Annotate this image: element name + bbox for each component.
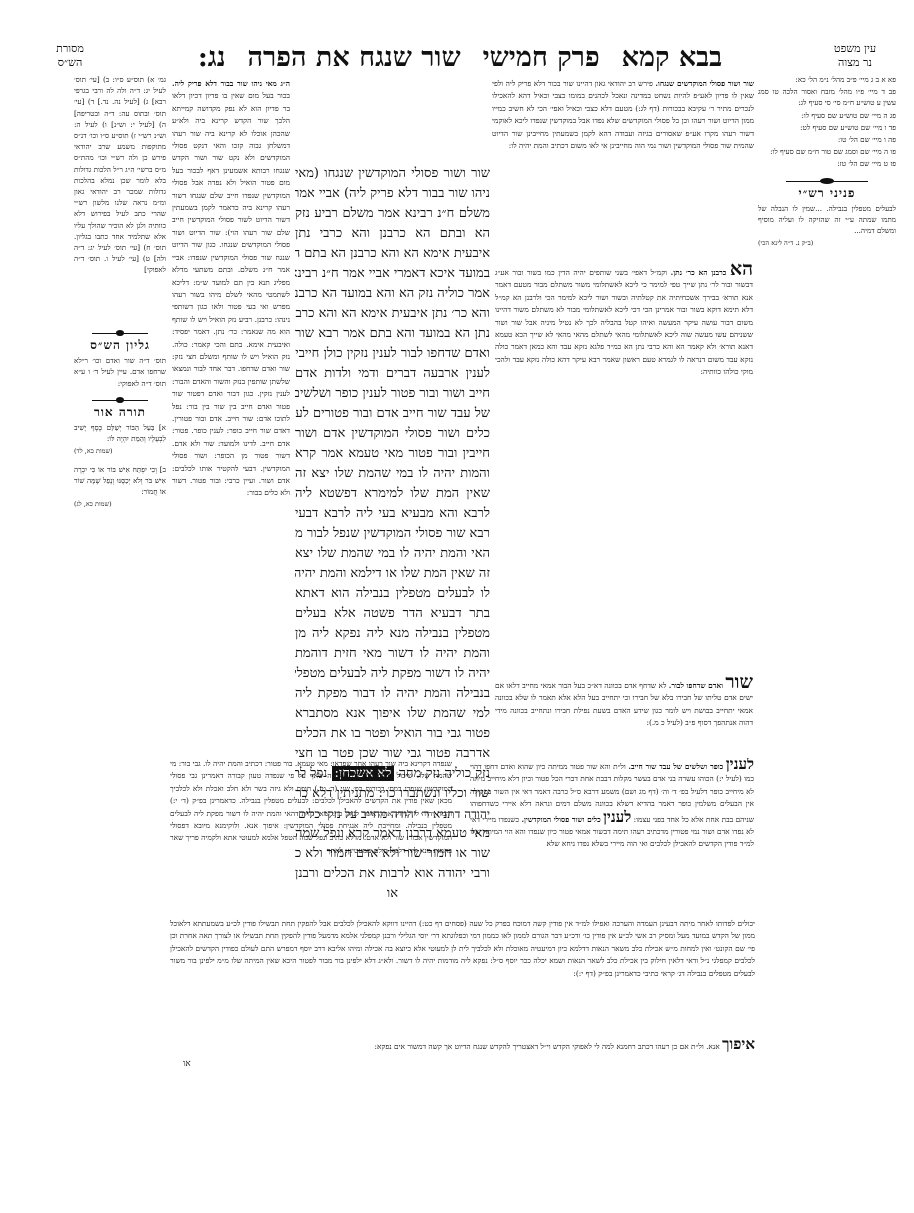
gemara-line: יהיה לו דשור מפקת ליה לבעלים מטפלין xyxy=(295,664,490,684)
ein-mishpat-entry: פה ו מיי׳ שם הל׳ טו: xyxy=(758,134,896,145)
tosafot-big-word: לענין xyxy=(603,808,631,826)
gemara-line: והמת יהיה לו דשור מאי חזית דוהמת xyxy=(295,644,490,664)
gemara-line: של עבד שור חייב אדם ובור פטורים לענין xyxy=(295,404,490,424)
torah-or-title: תורה אור xyxy=(74,407,166,418)
ornament-divider xyxy=(786,176,869,186)
tosafot-dibur-hamatchil: כלים ושור פסולי המוקדשין. xyxy=(521,815,600,824)
catchword: או xyxy=(183,1058,191,1069)
label-line-1: עין משפט xyxy=(820,42,890,56)
gemara-line: חייבין ובור פטור מאי טעמא אמר קרא xyxy=(295,444,490,464)
gemara-line: במועד איכא דאמרי אביי אמר ח״נ רבינא xyxy=(295,264,490,284)
masoret-hashas-text: גמ׳ א) תוס״ע ס״ו: ב) [עי׳ תוס׳ לעיל יג: … xyxy=(74,74,166,322)
tosafot-column-ha: הא כרבנן הא כר׳ נתן. וקמ״ל דאפי׳ בשני שו… xyxy=(495,262,753,552)
rashi-dibur-hamatchil: ה״ג מאי ניהו שור בבור דלא פריק ליה. xyxy=(172,79,290,88)
gemara-line: זה שאין המת שלו או דילמא והמת יהיה xyxy=(295,564,490,584)
label-line-2: נר מצוה xyxy=(820,56,890,70)
perek-label: פרק חמישי xyxy=(483,42,600,73)
ein-mishpat-entry: פב ד מיי׳ פ״ו מהל׳ מזבח ואסור הלכה טו סמ… xyxy=(758,86,896,108)
tosafot-text: יכולים לפדותו לאחר מיתה דבעינן העמדה והע… xyxy=(170,919,755,978)
gemara-line: האי והמת יהיה לו במי שהמת שלו יצא xyxy=(295,544,490,564)
tosafot-big-word: שור xyxy=(725,675,753,693)
gemara-line: לו לבעלים מטפלין בנבילה הוא דאתא xyxy=(295,584,490,604)
tosafot-dibur-hamatchil: שור ושור פסולי המוקדשים שנגחו. xyxy=(655,79,754,88)
tosafot-final-line: איפוך אנא. ול״ת אם כן רעהו דכתב רחמנא למ… xyxy=(195,1038,755,1058)
ein-mishpat-entry: פא א ב ג מיי׳ פ״ב מהל׳ נ״מ הל׳ כא: xyxy=(758,74,896,85)
tosafot-big-word: הא xyxy=(730,262,753,280)
pninei-rashi-text: לבעלים מטפלין בנבילה. ...שמין לו הנבלה ש… xyxy=(758,203,896,237)
tosafot-dibur-hamatchil: ואדם שדחפו לבור. xyxy=(669,681,723,690)
gemara-line: כלים ושור פסולי המוקדשין אדם ושור xyxy=(295,424,490,444)
rashi-text: שנפדה דקרינא ביה שור רעהו אחר שפדאו: מאי… xyxy=(170,759,452,855)
gemara-line: ואדם שדחפו לבור לענין נזקין כולן חייבין xyxy=(295,344,490,364)
gemara-line: למי שהמת שלו איפוך אנא מסתברא xyxy=(295,704,490,724)
torah-or-verse: א] בַּעַל הַבּוֹר יְשַׁלֵּם כֶּסֶף יָשִׁ… xyxy=(74,422,166,444)
ein-mishpat-label: עין משפט נר מצוה xyxy=(820,42,890,70)
tosafot-big-word: לענין xyxy=(726,758,754,773)
verse-source: (שמות כא, לג) xyxy=(74,499,166,510)
ein-mishpat-entry: פז ט מיי׳ שם הל׳ טז: xyxy=(758,158,896,169)
ornament-divider xyxy=(92,395,147,405)
masoret-hashas-label: מסורת הש״ס xyxy=(40,42,100,70)
chapter-name: שור שנגח את הפרה xyxy=(247,42,460,73)
verse-source: (שמות כא, לד) xyxy=(74,446,166,457)
ein-mishpat-entry: פד ו מיי׳ שם טוש״ע שם סעיף לט: xyxy=(758,122,896,133)
gemara-line: משלם ח״נ רבינא אמר משלם רביע נזק xyxy=(295,204,490,224)
ein-mishpat-column: פא א ב ג מיי׳ פ״ב מהל׳ נ״מ הל׳ כא: פב ד … xyxy=(758,74,896,294)
gemara-line: שור ושור פסולי המוקדשין שנגחו (מאי xyxy=(295,164,490,184)
tosafot-bottom-column: לענין כופר ושלשים של עבד שור חייב. ול״ת … xyxy=(470,758,754,918)
tractate-name: בבא קמא xyxy=(622,42,723,73)
gemara-line: בנבילה והמת יהיה לו דבור מפקת ליה xyxy=(295,684,490,704)
rashi-column: ה״ג מאי ניהו שור בבור דלא פריק ליה. בכור… xyxy=(172,78,290,748)
pninei-rashi-title: פניני רש״י xyxy=(758,188,896,199)
tosafot-text: וקמ״ל דאפי׳ בשני שותפים יהיה הדין כמו בש… xyxy=(495,268,753,376)
tosafot-text: פירש רב יהודאי גאון דהיינו שור בכור דלא … xyxy=(492,79,754,150)
masoret-hashas-column: גמ׳ א) תוס״ע ס״ו: ב) [עי׳ תוס׳ לעיל יג: … xyxy=(74,74,166,554)
gemara-line: שאין המת שלו למימרא דפשטא ליה xyxy=(295,484,490,504)
gemara-line: אמר כוליה נזק הא והא במועד הא כרבנן xyxy=(295,284,490,304)
tosafot-big-word: איפוך xyxy=(722,1038,755,1053)
page-header: בבא קמא פרק חמישי שור שנגח את הפרה נג: xyxy=(150,40,770,74)
gemara-line: איבעית אימא הא והא כרבנן הא בתם הא xyxy=(295,244,490,264)
ein-mishpat-entry: פג ה מיי׳ שם טוש״ע שם סעיף לו: xyxy=(758,110,896,121)
gemara-text: שור ושור פסולי המוקדשין שנגחו (מאי ניהו … xyxy=(295,164,490,764)
tosafot-column-top: שור ושור פסולי המוקדשים שנגחו. פירש רב י… xyxy=(492,78,754,182)
gilyon-hashas-title: גליון הש״ס xyxy=(74,340,166,351)
gemara-line: רבא שור פסולי המוקדשין שנפל לבור מהו xyxy=(295,524,490,544)
ein-mishpat-entry: פו ה מיי׳ שם וסמג שם טור ח״מ שם סעיף לו: xyxy=(758,146,896,157)
ornament-divider xyxy=(92,328,147,338)
gemara-line: בתר דבעיא הדר פשטה אלא בעלים xyxy=(295,604,490,624)
gemara-line: מטפלין בנבילה מנא ליה נפקא ליה מן xyxy=(295,624,490,644)
gemara-line: חייב ושור ובור פטור לענין כופר ושלשים xyxy=(295,384,490,404)
tosafot-text: אנא. ול״ת אם כן רעהו דכתב רחמנא למה לי ל… xyxy=(374,1042,719,1051)
gemara-line: לרבא והא מבעיא בעי ליה לרבא דבעי xyxy=(295,504,490,524)
tosafot-column-shor: שור ואדם שדחפו לבור. לא שדחף אדם בכוונה … xyxy=(495,675,753,765)
gemara-line: הא ובתם הא כרבנן והא כרבי נתן xyxy=(295,224,490,244)
gemara-line: ניהו שור בבור דלא פריק ליה) אביי אמר xyxy=(295,184,490,204)
tosafot-full-width: יכולים לפדותו לאחר מיתה דבעינן העמדה והע… xyxy=(170,918,755,1040)
gemara-line: והא כר׳ נתן איבעית אימא הא והא כרבי xyxy=(295,304,490,324)
rashi-bottom-column: שנפדה דקרינא ביה שור רעהו אחר שפדאו: מאי… xyxy=(170,758,452,918)
pninei-rashi-source: (ב״ק נ. ד״ה לינא הכי) xyxy=(758,238,896,249)
daf-number: נג: xyxy=(198,42,226,73)
torah-or-verse: ב] וְכִי יִפְתַּח אִישׁ בּוֹר אוֹ כִּי י… xyxy=(74,464,166,498)
rashi-text: בכור בעל מום שאין בו פדיון דכיון דלאו בר… xyxy=(172,91,290,497)
gemara-line: לענין ארבעה דברים ודמי ולדות אדם xyxy=(295,364,490,384)
tosafot-dibur-hamatchil: כופר ושלשים של עבד שור חייב. xyxy=(628,762,723,771)
gilyon-hashas-text: תוס׳ ד״ה שור ואדם וכו׳ ר״לא שרחפו אדם. ע… xyxy=(74,355,166,389)
tosafot-dibur-hamatchil: כרבנן הא כר׳ נתן. xyxy=(671,268,727,277)
gemara-line: פטור גבי בור הואיל ופטר בו את הכלים xyxy=(295,724,490,744)
label-line-1: מסורת xyxy=(40,42,100,56)
gemara-line: נתן הא במועד והא בתם אמר רבא שור xyxy=(295,324,490,344)
label-line-2: הש״ס xyxy=(40,56,100,70)
gemara-line: והמות יהיה לו במי שהמת שלו יצא זה xyxy=(295,464,490,484)
